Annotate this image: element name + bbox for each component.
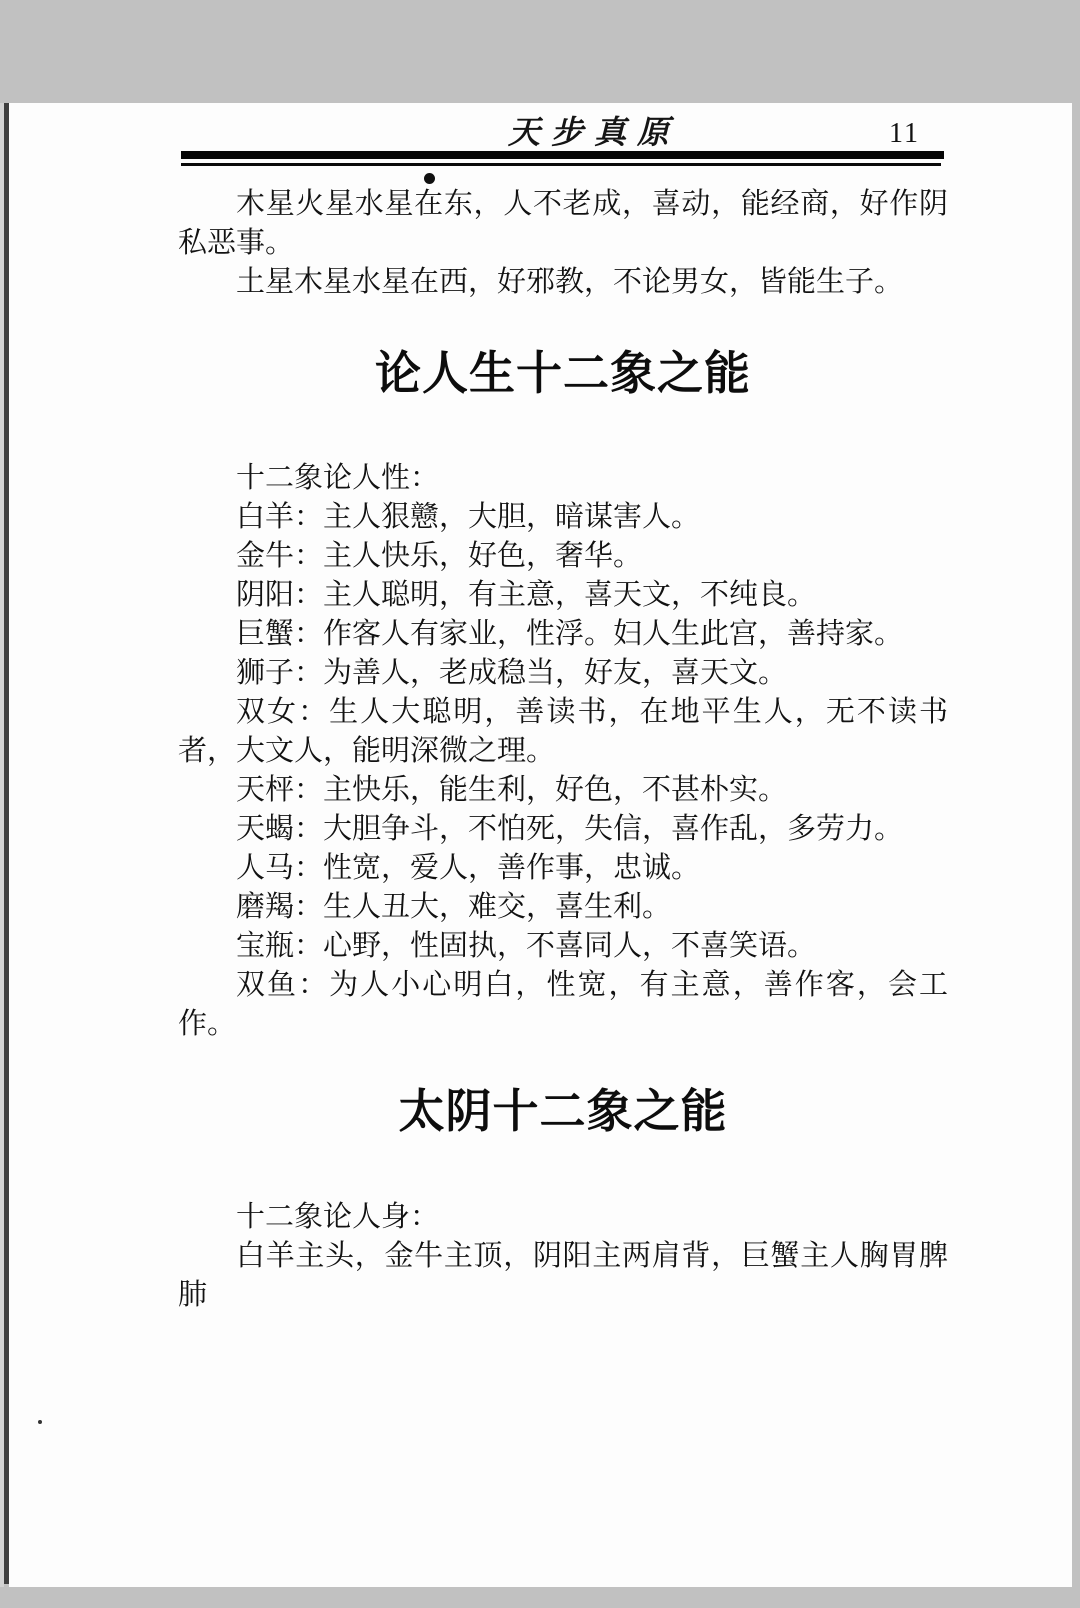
zodiac-item-leo: 狮子：为善人，老成稳当，好友，喜天文。 — [178, 654, 948, 693]
zodiac-item-aquarius: 宝瓶：心野，性固执，不喜同人，不喜笑语。 — [178, 927, 948, 966]
zodiac-item-virgo: 双女：生人大聪明，善读书，在地平生人，无不读书者，大文人，能明深微之理。 — [178, 693, 948, 771]
paragraph-west-planets: 土星木星水星在西，好邪教，不论男女，皆能生子。 — [178, 263, 948, 302]
header-rule-thick — [181, 151, 944, 159]
zodiac-item-gemini: 阴阳：主人聪明，有主意，喜天文，不纯良。 — [178, 576, 948, 615]
zodiac-item-scorpio: 天蝎：大胆争斗，不怕死，失信，喜作乱，多劳力。 — [178, 810, 948, 849]
page-spine-shadow — [4, 103, 9, 1584]
section-intro-renxing: 十二象论人性： — [178, 459, 948, 498]
ink-speck — [38, 1420, 42, 1424]
paragraph-east-planets: 木星火星水星在东，人不老成，喜动，能经商，好作阴私恶事。 — [178, 185, 948, 263]
zodiac-item-libra: 天枰：主快乐，能生利，好色，不甚朴实。 — [178, 771, 948, 810]
ink-dot — [424, 173, 435, 184]
zodiac-item-cancer: 巨蟹：作客人有家业，性浮。妇人生此宫，善持家。 — [178, 615, 948, 654]
zodiac-item-aries: 白羊：主人狠戆，大胆，暗谋害人。 — [178, 498, 948, 537]
header-rule-thin — [181, 163, 941, 166]
zodiac-item-pisces: 双鱼：为人小心明白，性宽，有主意，善作客，会工作。 — [178, 966, 948, 1044]
section-intro-taiyin: 十二象论人身： — [178, 1198, 948, 1237]
zodiac-item-capricorn: 磨羯：生人丑大，难交，喜生利。 — [178, 888, 948, 927]
zodiac-item-sagittarius: 人马：性宽，爱人，善作事，忠诚。 — [178, 849, 948, 888]
zodiac-item-taurus: 金牛：主人快乐，好色，奢华。 — [178, 537, 948, 576]
page-content: 木星火星水星在东，人不老成，喜动，能经商，好作阴私恶事。 土星木星水星在西，好邪… — [178, 185, 948, 1315]
section-heading-taiyin: 太阴十二象之能 — [178, 1086, 948, 1138]
section-heading-renxing: 论人生十二象之能 — [178, 348, 948, 400]
page-number: 11 — [889, 118, 920, 150]
scanned-book-page: 天步真原 11 木星火星水星在东，人不老成，喜动，能经商，好作阴私恶事。 土星木… — [0, 0, 1080, 1608]
paragraph-body-parts: 白羊主头，金牛主顶，阴阳主两肩背，巨蟹主人胸胃脾肺 — [178, 1237, 948, 1315]
